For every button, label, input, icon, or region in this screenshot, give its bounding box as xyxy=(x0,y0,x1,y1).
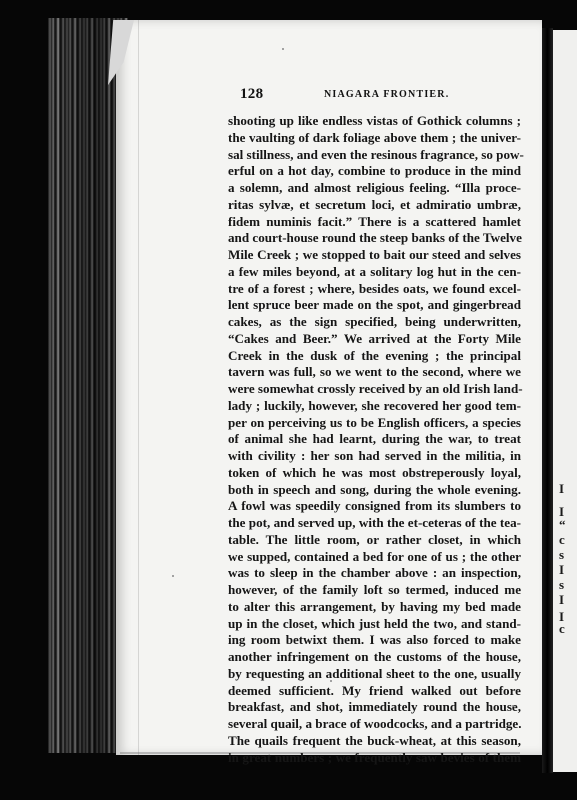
text-line: and court-house round the steep banks of… xyxy=(228,230,521,247)
next-page-glyph: I xyxy=(559,593,564,606)
text-line: however, of the family loft so termed, i… xyxy=(228,582,521,599)
text-line: a solemn, and almost religious feeling. … xyxy=(228,180,521,197)
text-line: The quails frequent the buck-wheat, at t… xyxy=(228,733,521,750)
text-line: both in speech and song, during the whol… xyxy=(228,482,521,499)
text-line: in great numbers ; we frequently saw bev… xyxy=(228,750,521,767)
text-line: breakfast, and shot, immediately round t… xyxy=(228,699,521,716)
text-line: lent spruce beer made on the spot, and g… xyxy=(228,297,521,314)
paper-speck xyxy=(330,680,332,682)
text-line: several quail, a brace of woodcocks, and… xyxy=(228,716,521,733)
text-line: the pot, and served up, with the et-cete… xyxy=(228,515,521,532)
text-line: Mile Creek ; we stopped to bait our stee… xyxy=(228,247,521,264)
page-number: 128 xyxy=(240,86,263,103)
paper-speck xyxy=(305,118,307,120)
text-line: ritas sylvæ, et secretum loci, et admira… xyxy=(228,197,521,214)
scanned-book-spread: I I “ c s I s I I c 128 NIAGARA FRONTIER… xyxy=(0,0,577,800)
next-page-glyph: I xyxy=(559,563,564,576)
text-line: of animal she had learnt, during the war… xyxy=(228,431,521,448)
text-line: tavern was full, so we went to the secon… xyxy=(228,364,521,381)
next-page-glyph: “ xyxy=(559,518,566,531)
running-head-title: NIAGARA FRONTIER. xyxy=(324,89,449,100)
text-line: tre of a forest ; where, besides oats, w… xyxy=(228,281,521,298)
next-page-glyph: I xyxy=(559,482,564,495)
text-line: was to sleep in the chamber above : an i… xyxy=(228,565,521,582)
next-page-glyph: s xyxy=(559,578,564,591)
text-line: a few miles beyond, at a solitary log hu… xyxy=(228,264,521,281)
paper-speck xyxy=(172,575,174,577)
text-line: fidem numinis facit.” There is a scatter… xyxy=(228,214,521,231)
adjacent-page-fragment: I I “ c s I s I I c xyxy=(553,30,577,772)
text-line: lady ; luckily, however, she recovered h… xyxy=(228,398,521,415)
body-text: shooting up like endless vistas of Gothi… xyxy=(228,113,521,766)
text-line: sal stillness, and even the resinous fra… xyxy=(228,147,521,164)
book-gutter-divider xyxy=(542,28,553,773)
running-head: 128 NIAGARA FRONTIER. xyxy=(240,86,520,106)
text-line: table. The little room, or rather closet… xyxy=(228,532,521,549)
text-line: shooting up like endless vistas of Gothi… xyxy=(228,113,521,130)
text-line: with civility : her son had served in th… xyxy=(228,448,521,465)
text-line: we supped, contained a bed for one of us… xyxy=(228,549,521,566)
next-page-glyph: s xyxy=(559,548,564,561)
text-line: to alter this arrangement, by having my … xyxy=(228,599,521,616)
text-line: were somewhat crossly received by an old… xyxy=(228,381,521,398)
text-line: token of which he was most obstreperousl… xyxy=(228,465,521,482)
paper-speck xyxy=(512,705,514,707)
page-crease-line xyxy=(138,20,139,755)
text-line: another infringement on the customs of t… xyxy=(228,649,521,666)
next-page-glyph: c xyxy=(559,533,565,546)
text-line: per on perceiving us to be English offic… xyxy=(228,415,521,432)
text-line: erful on a hot day, combine to produce i… xyxy=(228,163,521,180)
text-line: A fowl was speedily consigned from its s… xyxy=(228,498,521,515)
paper-speck xyxy=(282,48,284,50)
text-line: “Cakes and Beer.” We arrived at the Fort… xyxy=(228,331,521,348)
next-page-glyph: c xyxy=(559,622,565,635)
text-line: the vaulting of dark foliage above them … xyxy=(228,130,521,147)
text-line: ing room betwixt them. I was also forced… xyxy=(228,632,521,649)
text-line: up in the closet, which just held the tw… xyxy=(228,616,521,633)
text-line: by requesting an additional sheet to the… xyxy=(228,666,521,683)
text-line: Creek in the dusk of the evening ; the p… xyxy=(228,348,521,365)
text-line: deemed sufficient. My friend walked out … xyxy=(228,683,521,700)
text-line: cakes, as the sign specified, being unde… xyxy=(228,314,521,331)
